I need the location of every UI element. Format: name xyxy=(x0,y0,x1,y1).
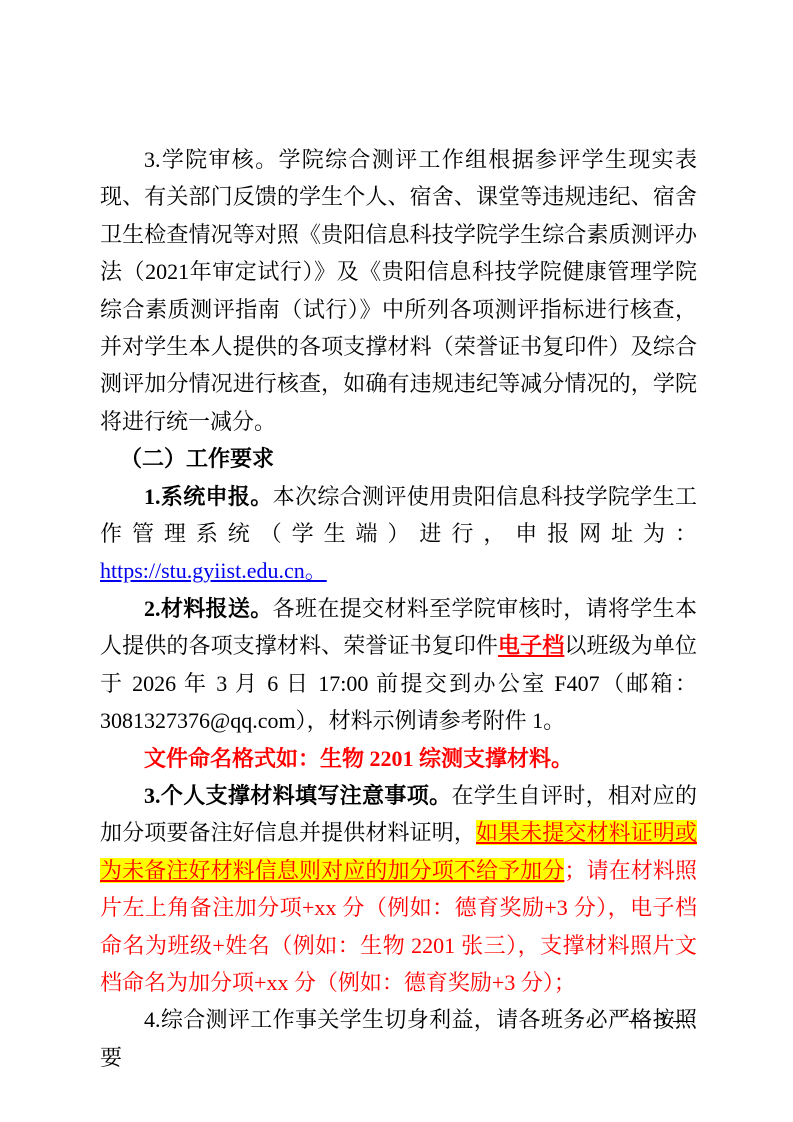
declaration-url-link[interactable]: https://stu.gyiist.edu.cn。 xyxy=(100,558,327,583)
page-number: — 3 — xyxy=(629,1009,694,1031)
paragraph-material-submission: 2.材料报送。各班在提交材料至学院审核时，请将学生本人提供的各项支撑材料、荣誉证… xyxy=(100,590,697,740)
paragraph-importance-note: 4.综合测评工作事关学生切身利益，请各班务必严格按照要 xyxy=(100,1001,697,1076)
electronic-copy-emphasis: 电子档 xyxy=(498,633,564,658)
paragraph-system-declaration: 1.系统申报。本次综合测评使用贵阳信息科技学院学生工作管理系统（学生端）进行，申… xyxy=(100,478,697,590)
paragraph-personal-material-notes: 3.个人支撑材料填写注意事项。在学生自评时，相对应的加分项要备注好信息并提供材料… xyxy=(100,777,697,1001)
paragraph-college-review: 3.学院审核。学院综合测评工作组根据参评学生现实表现、有关部门反馈的学生个人、宿… xyxy=(100,141,697,440)
paragraph-label-system-declaration: 1.系统申报。 xyxy=(144,484,273,509)
page-footer: — 3 — xyxy=(629,1007,694,1033)
paragraph-label-personal-material-notes: 3.个人支撑材料填写注意事项。 xyxy=(144,783,451,808)
document-body: 3.学院审核。学院综合测评工作组根据参评学生现实表现、有关部门反馈的学生个人、宿… xyxy=(100,141,697,1076)
file-naming-format-line: 文件命名格式如：生物 2201 综测支撑材料。 xyxy=(100,740,697,777)
paragraph-label-material-submission: 2.材料报送。 xyxy=(144,596,273,621)
section-heading-work-requirements: （二）工作要求 xyxy=(100,440,697,477)
